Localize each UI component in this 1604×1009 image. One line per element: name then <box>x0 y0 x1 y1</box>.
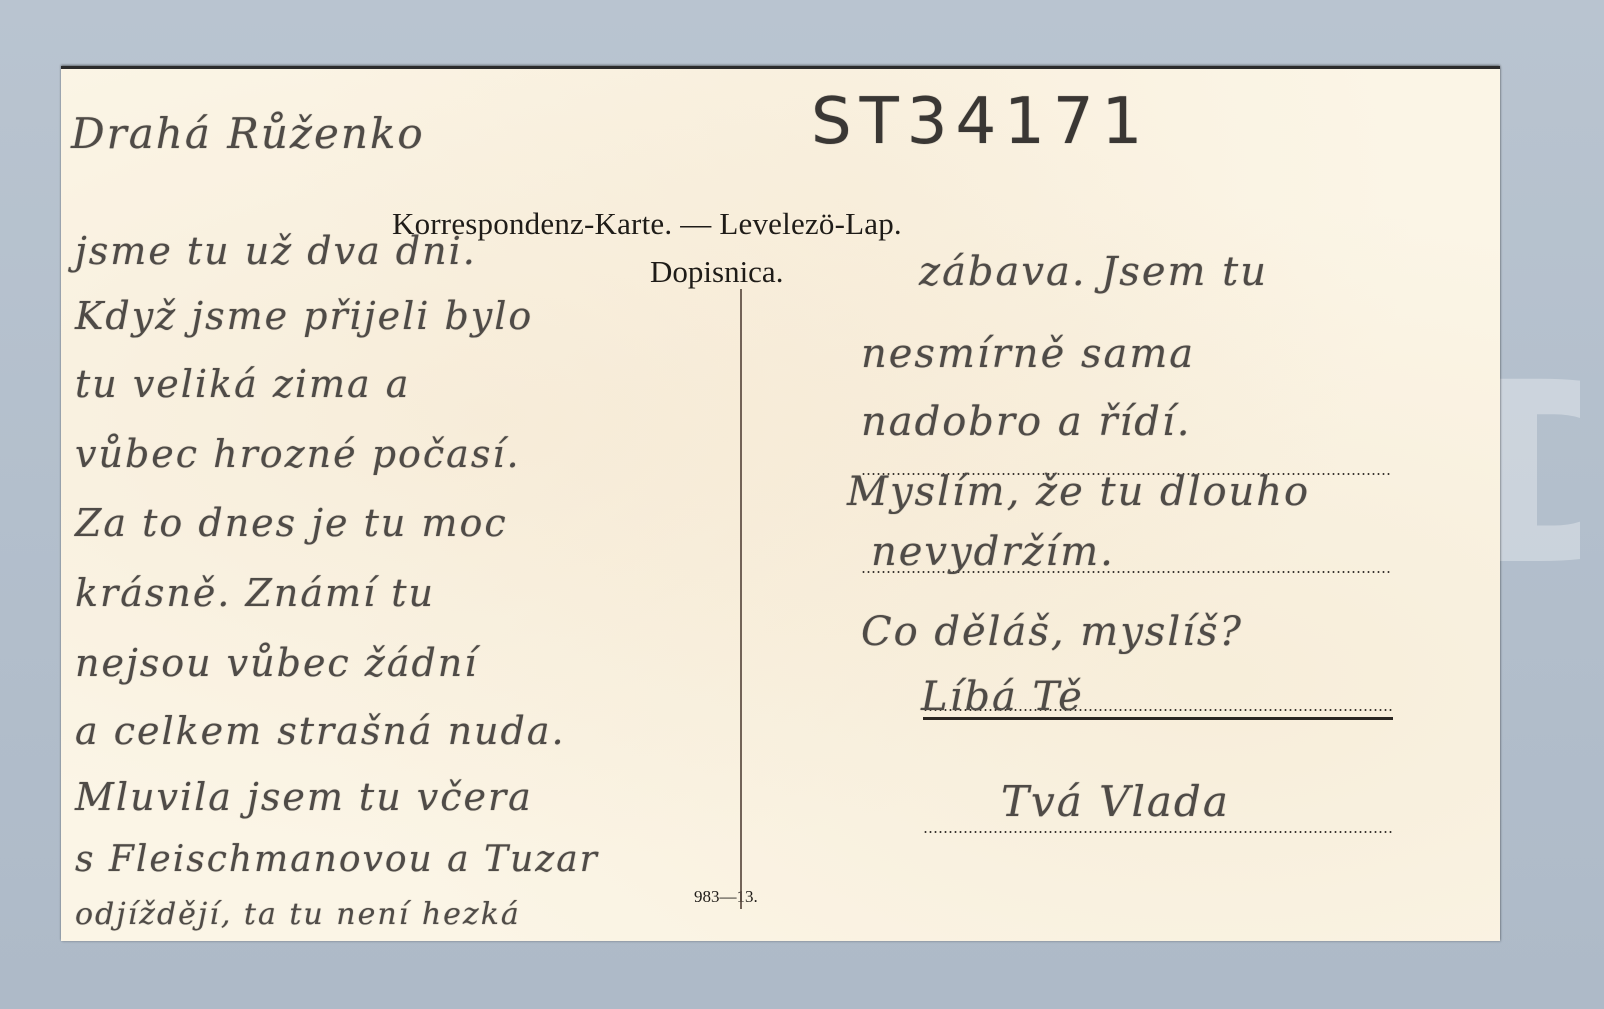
message-line: jsme tu už dva dni. <box>75 229 477 273</box>
message-line: Mluvila jsem tu včera <box>75 775 533 819</box>
message-line: a celkem strašná nuda. <box>75 709 566 753</box>
printed-subheading: Dopisnica. <box>650 254 783 290</box>
publisher-number: 983—13. <box>694 887 758 907</box>
message-line: vůbec hrozné počasí. <box>75 432 521 476</box>
message-line: nadobro a řídí. <box>861 399 1191 445</box>
message-line: krásně. Známí tu <box>75 571 435 615</box>
message-line: Když jsme přijeli bylo <box>75 294 533 338</box>
message-line: Za to dnes je tu moc <box>75 501 508 545</box>
message-line: odjíždějí, ta tu není hezká <box>75 897 521 932</box>
message-line: nevydržím. <box>871 529 1115 575</box>
message-line: Co děláš, myslíš? <box>861 609 1243 655</box>
postcard: ST34171 Korrespondenz-Karte. — Levelezö-… <box>61 66 1500 941</box>
message-line: nesmírně sama <box>861 331 1195 377</box>
message-line: tu veliká zima a <box>75 362 410 406</box>
inventory-code: ST34171 <box>811 85 1150 159</box>
message-line: Myslím, že tu dlouho <box>847 469 1310 515</box>
message-line: zábava. Jsem tu <box>919 249 1268 295</box>
message-line: nejsou vůbec žádní <box>75 641 478 685</box>
address-line-4 <box>923 831 1393 833</box>
message-line: s Fleischmanovou a Tuzar <box>75 839 599 880</box>
signature-line: Líbá Tě <box>921 674 1084 720</box>
signature: Tvá Vlada <box>1001 777 1230 826</box>
greeting: Drahá Růženko <box>71 109 425 158</box>
vertical-divider <box>740 289 742 909</box>
